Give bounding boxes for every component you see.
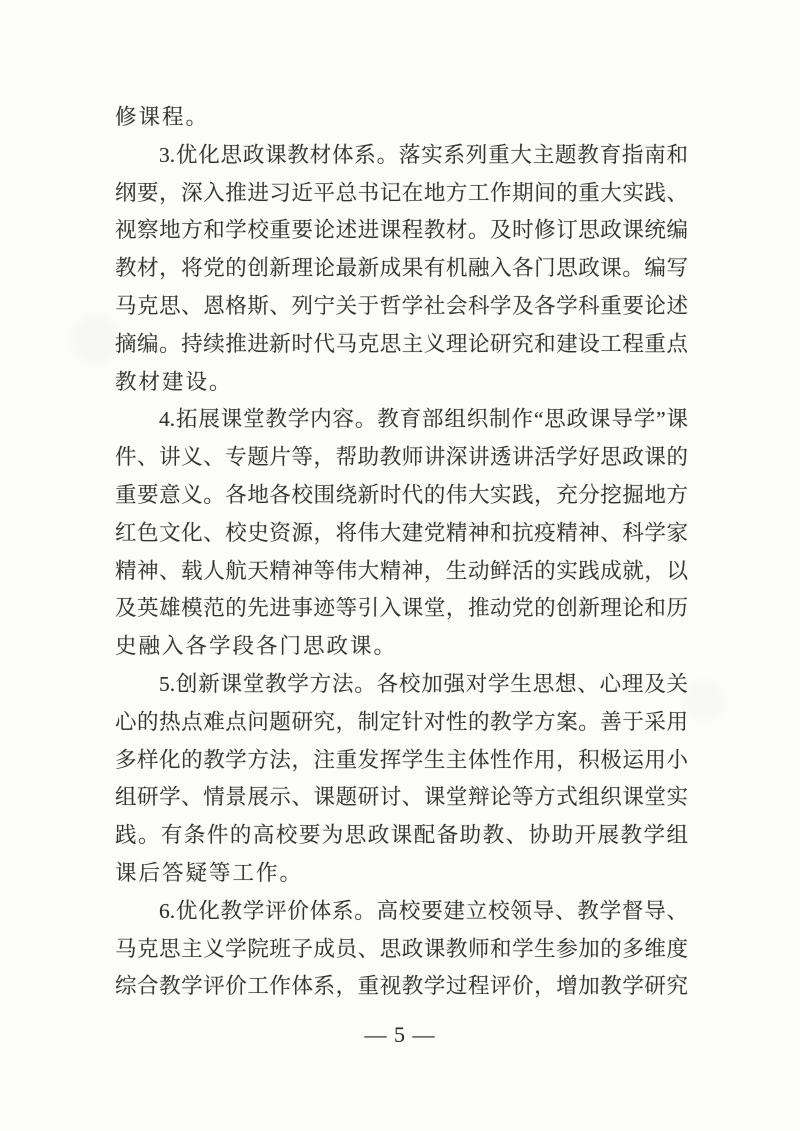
text-line: 5.创新课堂教学方法。各校加强对学生思想、心理及关 — [115, 666, 688, 704]
text-line: 课后答疑等工作。 — [115, 855, 688, 893]
text-line: 红色文化、校史资源，将伟大建党精神和抗疫精神、科学家 — [115, 515, 688, 553]
text-line: 心的热点难点问题研究，制定针对性的教学方案。善于采用 — [115, 704, 688, 742]
text-line: 践。有条件的高校要为思政课配备助教、协助开展教学组织、 — [115, 817, 688, 855]
text-line: 综合教学评价工作体系，重视教学过程评价，增加教学研究 — [115, 968, 688, 1006]
page-body: 修课程。3.优化思政课教材体系。落实系列重大主题教育指南和纲要，深入推进习近平总… — [115, 99, 688, 1006]
text-line: 重要意义。各地各校围绕新时代的伟大实践，充分挖掘地方 — [115, 477, 688, 515]
text-line: 史融入各学段各门思政课。 — [115, 628, 688, 666]
text-line: 6.优化教学评价体系。高校要建立校领导、教学督导、 — [115, 893, 688, 931]
page-number: — 5 — — [0, 1022, 800, 1048]
text-line: 3.优化思政课教材体系。落实系列重大主题教育指南和 — [115, 137, 688, 175]
text-line: 组研学、情景展示、课题研讨、课堂辩论等方式组织课堂实 — [115, 779, 688, 817]
text-line: 件、讲义、专题片等，帮助教师讲深讲透讲活学好思政课的 — [115, 439, 688, 477]
document-page: 修课程。3.优化思政课教材体系。落实系列重大主题教育指南和纲要，深入推进习近平总… — [0, 0, 800, 1131]
text-line: 4.拓展课堂教学内容。教育部组织制作“思政课导学”课 — [115, 401, 688, 439]
text-line: 视察地方和学校重要论述进课程教材。及时修订思政课统编 — [115, 212, 688, 250]
text-line: 及英雄模范的先进事迹等引入课堂，推动党的创新理论和历 — [115, 590, 688, 628]
text-line: 精神、载人航天精神等伟大精神，生动鲜活的实践成就，以 — [115, 553, 688, 591]
text-line: 教材建设。 — [115, 364, 688, 402]
text-line: 马克思主义学院班子成员、思政课教师和学生参加的多维度 — [115, 931, 688, 969]
text-line: 马克思、恩格斯、列宁关于哲学社会科学及各学科重要论述 — [115, 288, 688, 326]
text-line: 修课程。 — [115, 99, 688, 137]
text-line: 纲要，深入推进习近平总书记在地方工作期间的重大实践、 — [115, 175, 688, 213]
text-line: 多样化的教学方法，注重发挥学生主体性作用，积极运用小 — [115, 742, 688, 780]
text-line: 教材，将党的创新理论最新成果有机融入各门思政课。编写 — [115, 250, 688, 288]
text-line: 摘编。持续推进新时代马克思主义理论研究和建设工程重点 — [115, 326, 688, 364]
